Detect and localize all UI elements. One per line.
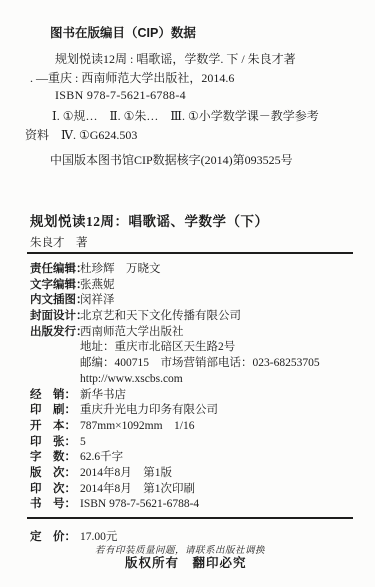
colophon-value: 新华书店 bbox=[80, 389, 126, 401]
colophon-row-format: 开 本：787mm×1092mm 1/16 bbox=[30, 419, 360, 435]
colophon-label: 内文插图： bbox=[30, 293, 80, 309]
divider-top bbox=[27, 252, 353, 254]
colophon-label: 责任编辑： bbox=[30, 262, 80, 278]
colophon-row-text-editor: 文字编辑：张燕妮 bbox=[30, 278, 360, 294]
colophon-value: 北京艺和天下文化传播有限公司 bbox=[80, 310, 241, 322]
colophon-value: 西南师范大学出版社 bbox=[80, 326, 184, 338]
colophon-row-illustrations: 内文插图：闵祥泽 bbox=[30, 293, 360, 309]
colophon-row-address: 地址：重庆市北碚区天生路2号 bbox=[30, 340, 360, 356]
publisher-url: http://www.xscbs.com bbox=[80, 373, 183, 385]
colophon-label: 出版发行： bbox=[30, 325, 80, 341]
divider-bottom bbox=[27, 517, 353, 519]
colophon-value: 2014年8月 第1版 bbox=[80, 467, 172, 479]
colophon-row-edition: 版 次：2014年8月 第1版 bbox=[30, 466, 360, 482]
book-title: 规划悦读12周：唱歌谣、学数学（下） bbox=[30, 210, 269, 230]
colophon-row-cover-design: 封面设计：北京艺和天下文化传播有限公司 bbox=[30, 309, 360, 325]
colophon: 责任编辑：杜珍辉 万晓文 文字编辑：张燕妮 内文插图：闵祥泽 封面设计：北京艺和… bbox=[30, 262, 360, 513]
price-label: 定 价： bbox=[30, 528, 80, 544]
cip-record-number: 中国版本图书馆CIP数据核字(2014)第093525号 bbox=[50, 151, 293, 168]
colophon-label: 文字编辑： bbox=[30, 278, 80, 294]
colophon-row-responsible-editor: 责任编辑：杜珍辉 万晓文 bbox=[30, 262, 360, 278]
colophon-value: 闵祥泽 bbox=[80, 294, 115, 306]
colophon-label: 开 本： bbox=[30, 419, 80, 435]
colophon-row-publisher: 出版发行：西南师范大学出版社 bbox=[30, 325, 360, 341]
colophon-label: 字 数： bbox=[30, 450, 80, 466]
cip-isbn: ISBN 978-7-5621-6788-4 bbox=[55, 88, 186, 103]
copyright-notice: 版权所有 翻印必究 bbox=[125, 553, 247, 571]
colophon-value: 张燕妮 bbox=[80, 279, 115, 291]
copyright-page: 图书在版编目（CIP）数据 规划悦读12周 : 唱歌谣，学数学. 下 / 朱良才… bbox=[0, 0, 375, 587]
colophon-value: 5 bbox=[80, 436, 86, 448]
colophon-row-printer: 印 刷：重庆升光电力印务有限公司 bbox=[30, 403, 360, 419]
colophon-row-impression: 印 次：2014年8月 第1次印刷 bbox=[30, 482, 360, 498]
colophon-label: 版 次： bbox=[30, 466, 80, 482]
colophon-value: 787mm×1092mm 1/16 bbox=[80, 420, 194, 432]
cip-classification-line-1: Ⅰ. ①规… Ⅱ. ①朱… Ⅲ. ①小学数学课－教学参考 bbox=[52, 107, 319, 124]
cip-entry-line-1: 规划悦读12周 : 唱歌谣，学数学. 下 / 朱良才著 bbox=[55, 50, 296, 67]
colophon-label: 印 刷： bbox=[30, 403, 80, 419]
colophon-value: 2014年8月 第1次印刷 bbox=[80, 483, 195, 495]
book-author: 朱良才 著 bbox=[30, 234, 88, 250]
colophon-label: 印 张： bbox=[30, 435, 80, 451]
colophon-label: 封面设计： bbox=[30, 309, 80, 325]
colophon-row-sheets: 印 张：5 bbox=[30, 435, 360, 451]
cip-entry-line-2: . —重庆 : 西南师范大学出版社，2014.6 bbox=[30, 69, 234, 86]
colophon-value: 杜珍辉 万晓文 bbox=[80, 263, 161, 275]
colophon-value: 62.6千字 bbox=[80, 451, 123, 463]
colophon-row-postcode-phone: 邮编：400715 市场营销部电话：023-68253705 bbox=[30, 356, 360, 372]
colophon-value: 邮编：400715 市场营销部电话：023-68253705 bbox=[80, 357, 320, 369]
cip-heading: 图书在版编目（CIP）数据 bbox=[50, 23, 196, 41]
colophon-row-word-count: 字 数：62.6千字 bbox=[30, 450, 360, 466]
colophon-label: 书 号： bbox=[30, 497, 80, 513]
colophon-value: ISBN 978-7-5621-6788-4 bbox=[80, 498, 199, 510]
colophon-label: 经 销： bbox=[30, 388, 80, 404]
colophon-row-book-number: 书 号：ISBN 978-7-5621-6788-4 bbox=[30, 497, 360, 513]
cip-classification-line-2: 资料 Ⅳ. ①G624.503 bbox=[25, 126, 137, 143]
colophon-row-website: http://www.xscbs.com bbox=[30, 372, 360, 388]
colophon-row-distributor: 经 销：新华书店 bbox=[30, 388, 360, 404]
colophon-value: 地址：重庆市北碚区天生路2号 bbox=[80, 341, 235, 353]
colophon-value: 重庆升光电力印务有限公司 bbox=[80, 404, 218, 416]
colophon-label: 印 次： bbox=[30, 482, 80, 498]
